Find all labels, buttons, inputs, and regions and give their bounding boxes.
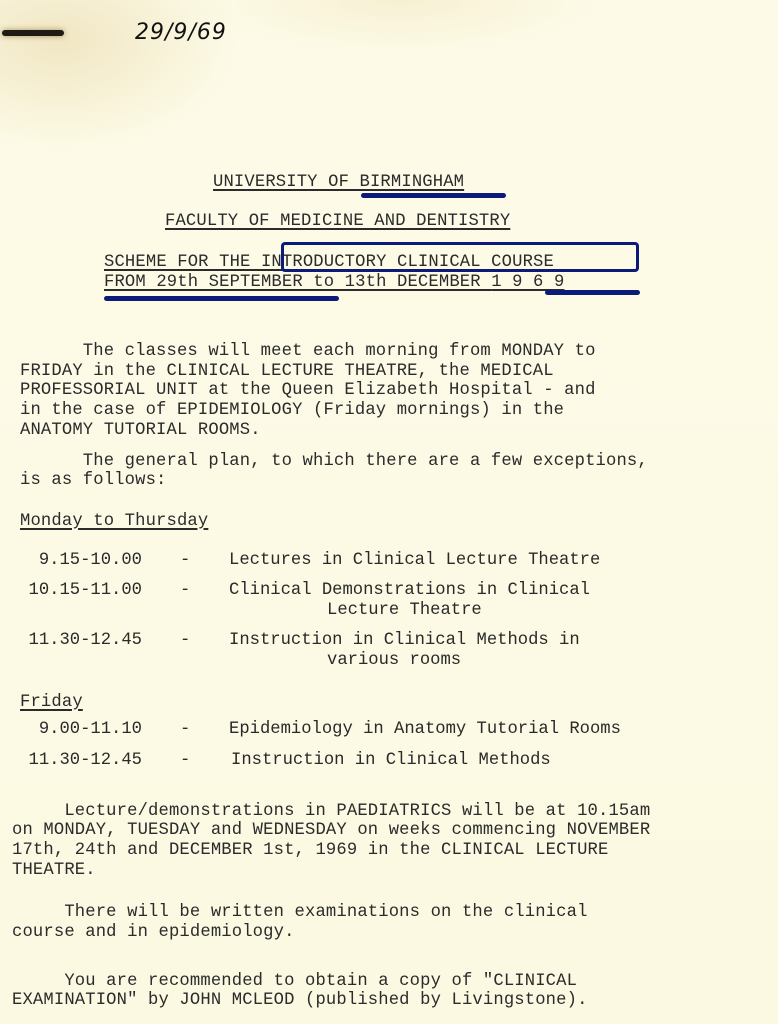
document-page: 29/9/69 UNIVERSITY OF BIRMINGHAM FACULTY… (0, 0, 778, 1024)
paragraph-line: THEATRE. (12, 861, 96, 881)
ink-underline-birmingham (361, 193, 506, 198)
time-slot: 11.30-12.45 (2, 751, 142, 771)
dash: - (180, 631, 190, 651)
staple-mark (2, 30, 64, 36)
activity-continued: various rooms (327, 651, 461, 671)
paragraph-line: The general plan, to which there are a f… (20, 452, 648, 472)
institution-title: UNIVERSITY OF BIRMINGHAM (213, 173, 464, 193)
paragraph-line: There will be written examinations on th… (12, 903, 588, 923)
course-dates: FROM 29th SEPTEMBER to 13th DECEMBER (104, 273, 491, 292)
activity: Epidemiology in Anatomy Tutorial Rooms (229, 720, 621, 740)
paragraph-line: ANATOMY TUTORIAL ROOMS. (20, 421, 261, 441)
ink-box-course-name (281, 242, 639, 272)
activity: Instruction in Clinical Methods in (229, 631, 580, 651)
paragraph-line: course and in epidemiology. (12, 923, 295, 943)
activity: Instruction in Clinical Methods (231, 751, 551, 771)
paragraph-line: Lecture/demonstrations in PAEDIATRICS wi… (12, 802, 650, 822)
ink-underline-year (545, 290, 640, 295)
paragraph-line: in the case of EPIDEMIOLOGY (Friday morn… (20, 401, 564, 421)
faculty-title: FACULTY OF MEDICINE AND DENTISTRY (165, 212, 510, 232)
activity-continued: Lecture Theatre (327, 601, 482, 621)
ink-underline-from-date (104, 296, 339, 301)
activity: Clinical Demonstrations in Clinical (229, 581, 590, 601)
paragraph-line: FRIDAY in the CLINICAL LECTURE THEATRE, … (20, 362, 554, 382)
paragraph-line: on MONDAY, TUESDAY and WEDNESDAY on week… (12, 821, 650, 841)
section-heading: Monday to Thursday (20, 512, 208, 532)
scheme-line-2: FROM 29th SEPTEMBER to 13th DECEMBER 1 9… (104, 273, 564, 293)
dash: - (180, 581, 190, 601)
paragraph-line: is as follows: (20, 471, 167, 491)
paragraph-line: The classes will meet each morning from … (20, 342, 596, 362)
section-heading: Friday (20, 693, 83, 713)
time-slot: 9.00-11.10 (2, 720, 142, 740)
handwritten-date: 29/9/69 (135, 20, 227, 45)
scheme-prefix: SCHEME FOR THE (104, 253, 261, 272)
paragraph-line: You are recommended to obtain a copy of … (12, 972, 577, 992)
paragraph-line: PROFESSORIAL UNIT at the Queen Elizabeth… (20, 381, 596, 401)
dash: - (180, 720, 190, 740)
time-slot: 11.30-12.45 (2, 631, 142, 651)
dash: - (180, 751, 190, 771)
paragraph-line: EXAMINATION" by JOHN MCLEOD (published b… (12, 991, 588, 1011)
time-slot: 10.15-11.00 (2, 581, 142, 601)
time-slot: 9.15-10.00 (2, 551, 142, 571)
dash: - (180, 551, 190, 571)
paragraph-line: 17th, 24th and DECEMBER 1st, 1969 in the… (12, 841, 608, 861)
activity: Lectures in Clinical Lecture Theatre (229, 551, 600, 571)
